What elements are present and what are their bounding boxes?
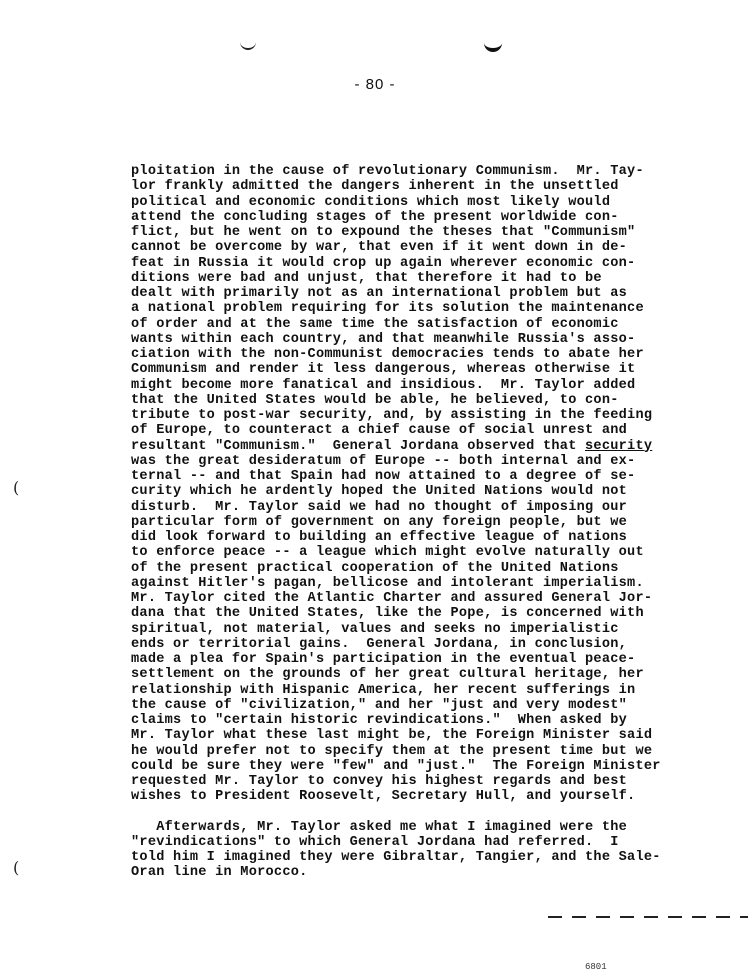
text-line: lor frankly admitted the dangers inheren… (131, 179, 731, 194)
text-line: Mr. Taylor cited the Atlantic Charter an… (131, 591, 731, 606)
dashed-rule (548, 916, 748, 918)
footer-stamp: 6801 (585, 962, 607, 972)
text-line: ternal -- and that Spain had now attaine… (131, 469, 731, 484)
text-line: disturb. Mr. Taylor said we had no thoug… (131, 500, 731, 515)
text-line: claims to "certain historic revindicatio… (131, 713, 731, 728)
text-line-with-underline: resultant "Communism." General Jordana o… (131, 439, 731, 454)
text-line: Mr. Taylor what these last might be, the… (131, 728, 731, 743)
text-line: might become more fanatical and insidiou… (131, 378, 731, 393)
text-line: flict, but he went on to expound the the… (131, 225, 731, 240)
text-line: ciation with the non-Communist democraci… (131, 347, 731, 362)
text-line: requested Mr. Taylor to convey his highe… (131, 774, 731, 789)
text-line: wants within each country, and that mean… (131, 332, 731, 347)
text-segment: resultant "Communism." General Jordana o… (131, 439, 585, 454)
underlined-word: security (585, 439, 652, 454)
text-line: made a plea for Spain's participation in… (131, 652, 731, 667)
text-line: of Europe, to counteract a chief cause o… (131, 423, 731, 438)
text-line: wishes to President Roosevelt, Secretary… (131, 789, 731, 804)
page-number: - 80 - (0, 76, 750, 93)
text-line: feat in Russia it would crop up again wh… (131, 256, 731, 271)
text-line: did look forward to building an effectiv… (131, 530, 731, 545)
text-line: to enforce peace -- a league which might… (131, 545, 731, 560)
text-line: Afterwards, Mr. Taylor asked me what I i… (131, 820, 731, 835)
text-line: ploitation in the cause of revolutionary… (131, 164, 731, 179)
text-line: a national problem requiring for its sol… (131, 301, 731, 316)
top-scan-mark-right (484, 40, 502, 52)
text-line: was the great desideratum of Europe -- b… (131, 454, 731, 469)
margin-binding-mark: ( (13, 478, 19, 497)
text-line: particular form of government on any for… (131, 515, 731, 530)
text-line: curity which he ardently hoped the Unite… (131, 484, 731, 499)
text-line: could be sure they were "few" and "just.… (131, 759, 731, 774)
text-line: political and economic conditions which … (131, 195, 731, 210)
text-line: ends or territorial gains. General Jorda… (131, 637, 731, 652)
text-line: Communism and render it less dangerous, … (131, 362, 731, 377)
text-line: told him I imagined they were Gibraltar,… (131, 850, 731, 865)
top-scan-mark-left (240, 42, 256, 50)
text-line: "revindications" to which General Jordan… (131, 835, 731, 850)
text-line: Oran line in Morocco. (131, 865, 731, 880)
paragraph-1: ploitation in the cause of revolutionary… (131, 164, 731, 805)
text-line: tribute to post-war security, and, by as… (131, 408, 731, 423)
text-line: of the present practical cooperation of … (131, 561, 731, 576)
text-line: dealt with primarily not as an internati… (131, 286, 731, 301)
text-line: settlement on the grounds of her great c… (131, 667, 731, 682)
text-line: ditions were bad and unjust, that theref… (131, 271, 731, 286)
text-line: he would prefer not to specify them at t… (131, 744, 731, 759)
paragraph-2: Afterwards, Mr. Taylor asked me what I i… (131, 820, 731, 881)
text-line: against Hitler's pagan, bellicose and in… (131, 576, 731, 591)
text-line: of order and at the same time the satisf… (131, 317, 731, 332)
text-line: cannot be overcome by war, that even if … (131, 240, 731, 255)
text-line: attend the concluding stages of the pres… (131, 210, 731, 225)
margin-binding-mark: ( (13, 858, 19, 877)
document-body: ploitation in the cause of revolutionary… (131, 164, 731, 881)
text-line: the cause of "civilization," and her "ju… (131, 698, 731, 713)
text-line: dana that the United States, like the Po… (131, 606, 731, 621)
text-line: spiritual, not material, values and seek… (131, 622, 731, 637)
text-line: that the United States would be able, he… (131, 393, 731, 408)
text-line: relationship with Hispanic America, her … (131, 683, 731, 698)
